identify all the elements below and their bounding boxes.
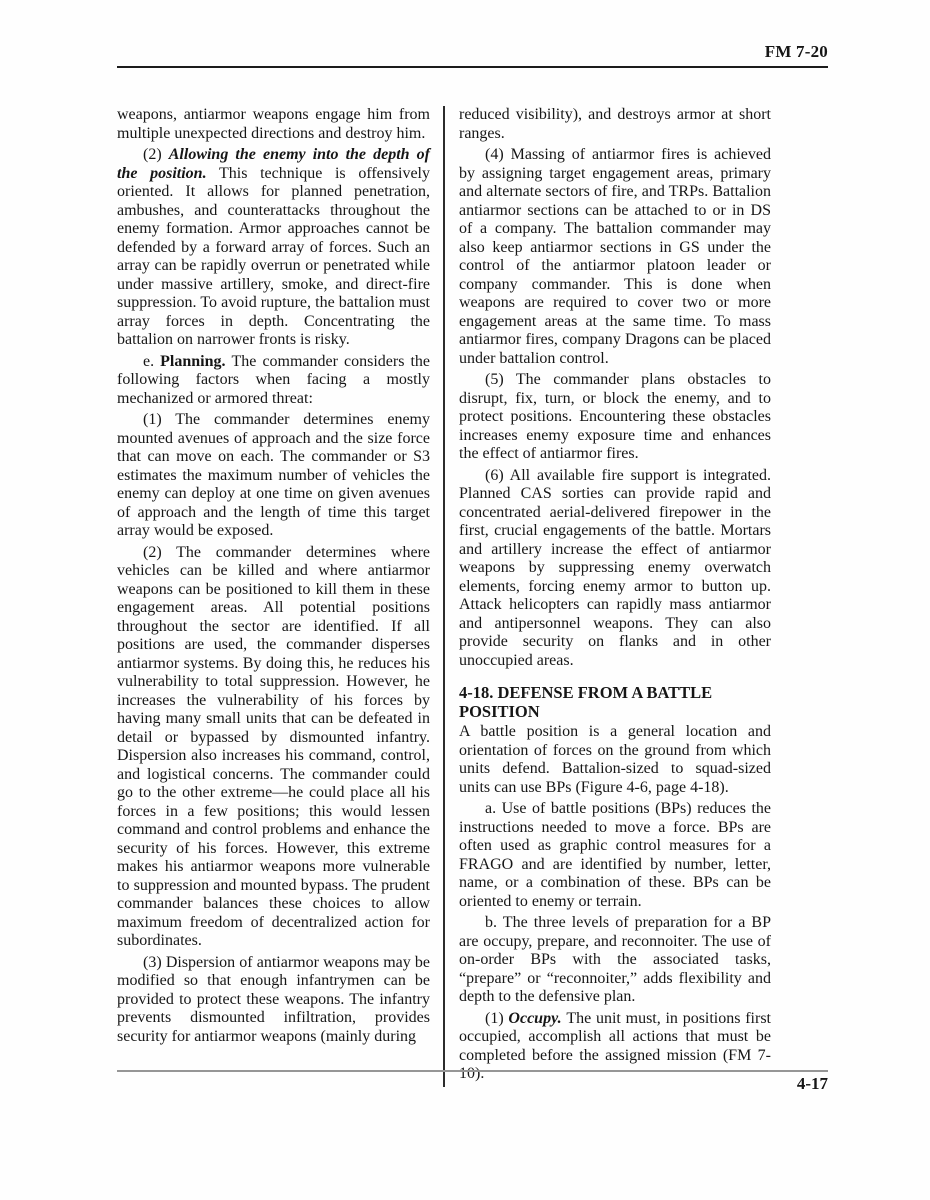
paragraph-text: weapons, antiarmor weapons engage him fr… (117, 106, 430, 142)
paragraph-emphasis: Planning. (160, 353, 231, 370)
paragraph-prefix: (1) (485, 1010, 508, 1027)
paragraph-prefix: (4) (485, 146, 511, 163)
right-column: reduced visibility), and destroys armor … (459, 106, 771, 1087)
paragraph: (5) The commander plans obstacles to dis… (459, 371, 771, 464)
paragraph: (3) Dispersion of antiarmor weapons may … (117, 954, 430, 1047)
paragraph: weapons, antiarmor weapons engage him fr… (117, 106, 430, 143)
paragraph-text: The commander determines where vehicles … (117, 544, 430, 950)
column-divider (443, 106, 445, 1087)
document-page: FM 7-20 weapons, antiarmor weapons engag… (0, 0, 930, 1200)
paragraph: (6) All available fire support is integr… (459, 467, 771, 671)
page-header: FM 7-20 (117, 42, 828, 68)
two-column-content: weapons, antiarmor weapons engage him fr… (117, 106, 772, 1087)
paragraph-text: This technique is offensively oriented. … (117, 165, 430, 349)
paragraph-text: The three levels of preparation for a BP… (459, 914, 771, 1005)
footer-rule (117, 1070, 828, 1072)
paragraph-emphasis: Occupy. (508, 1010, 566, 1027)
paragraph-text: reduced visibility), and destroys armor … (459, 106, 771, 142)
paragraph: (1) The commander determines enemy mount… (117, 411, 430, 541)
paragraph-prefix: e. (143, 353, 160, 370)
paragraph-text: The commander determines enemy mounted a… (117, 411, 430, 539)
paragraph: A battle position is a general location … (459, 723, 771, 797)
paragraph: b. The three levels of preparation for a… (459, 914, 771, 1007)
paragraph-prefix: (1) (143, 411, 175, 428)
paragraph: a. Use of battle positions (BPs) reduces… (459, 800, 771, 911)
paragraph-text: A battle position is a general location … (459, 723, 771, 796)
paragraph: e. Planning. The commander considers the… (117, 353, 430, 409)
paragraph-prefix: (6) (485, 467, 510, 484)
section-heading: 4-18. DEFENSE FROM A BATTLE POSITION (459, 684, 771, 721)
page-footer: 4-17 (117, 1070, 828, 1094)
paragraph-text: All available fire support is integrated… (459, 467, 771, 669)
paragraph-prefix: a. (485, 800, 502, 817)
paragraph: reduced visibility), and destroys armor … (459, 106, 771, 143)
paragraph-prefix: (2) (143, 146, 169, 163)
header-rule (117, 66, 828, 68)
paragraph-prefix: b. (485, 914, 503, 931)
left-column: weapons, antiarmor weapons engage him fr… (117, 106, 430, 1087)
paragraph: (2) The commander determines where vehic… (117, 544, 430, 951)
paragraph-prefix: (5) (485, 371, 516, 388)
paragraph-prefix: (3) (143, 954, 166, 971)
page-number: 4-17 (117, 1074, 828, 1094)
paragraph-text: Use of battle positions (BPs) reduces th… (459, 800, 771, 910)
paragraph-prefix: (2) (143, 544, 176, 561)
paragraph: (2) Allowing the enemy into the depth of… (117, 146, 430, 350)
paragraph: (4) Massing of antiarmor fires is achiev… (459, 146, 771, 368)
doc-id: FM 7-20 (117, 42, 828, 62)
paragraph-text: Massing of antiarmor fires is achieved b… (459, 146, 771, 367)
